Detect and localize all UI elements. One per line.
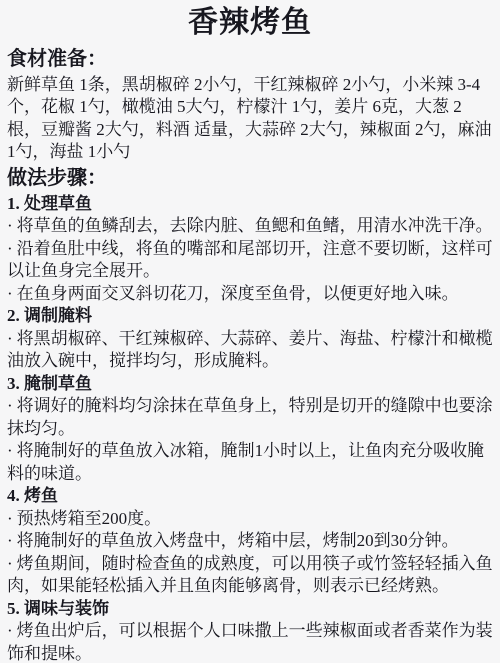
step-3-bullet-1: ·将调好的腌料均匀涂抹在草鱼身上，特别是切开的缝隙中也要涂抹均匀。 <box>7 395 493 440</box>
step-2: 2. 调制腌料 ·将黑胡椒碎、干红辣椒碎、大蒜碎、姜片、海盐、柠檬汁和橄榄油放入… <box>7 305 493 373</box>
bullet-dot-icon: · <box>7 284 17 303</box>
steps-heading: 做法步骤： <box>7 165 493 191</box>
page-title: 香辣烤鱼 <box>7 6 493 41</box>
step-3-bullet-2: ·将腌制好的草鱼放入冰箱，腌制1小时以上，让鱼肉充分吸收腌料的味道。 <box>7 440 493 485</box>
step-5-bullet-1-text: 烤鱼出炉后，可以根据个人口味撒上一些辣椒面或者香菜作为装饰和提味。 <box>7 621 493 663</box>
step-2-bullet-1-text: 将黑胡椒碎、干红辣椒碎、大蒜碎、姜片、海盐、柠檬汁和橄榄油放入碗中，搅拌均匀，形… <box>7 329 493 371</box>
recipe-document: 香辣烤鱼 食材准备： 新鲜草鱼 1条，黑胡椒碎 2小勺，干红辣椒碎 2小勺，小米… <box>0 0 500 663</box>
step-1-bullet-2: ·沿着鱼肚中线，将鱼的嘴部和尾部切开，注意不要切断，这样可以让鱼身完全展开。 <box>7 238 493 283</box>
bullet-dot-icon: · <box>7 216 17 235</box>
bullet-dot-icon: · <box>7 554 17 573</box>
bullet-dot-icon: · <box>7 621 17 640</box>
step-1-bullet-3: ·在鱼身两面交叉斜切花刀，深度至鱼骨，以便更好地入味。 <box>7 283 493 306</box>
step-4: 4. 烤鱼 ·预热烤箱至200度。 ·将腌制好的草鱼放入烤盘中，烤箱中层，烤制2… <box>7 485 493 598</box>
step-4-bullet-1: ·预热烤箱至200度。 <box>7 508 493 531</box>
ingredients-heading: 食材准备： <box>7 46 493 72</box>
step-1: 1. 处理草鱼 ·将草鱼的鱼鳞刮去，去除内脏、鱼鳃和鱼鳍，用清水冲洗干净。 ·沿… <box>7 193 493 306</box>
step-1-bullet-1: ·将草鱼的鱼鳞刮去，去除内脏、鱼鳃和鱼鳍，用清水冲洗干净。 <box>7 215 493 238</box>
step-5-title: 5. 调味与装饰 <box>7 598 493 621</box>
step-2-bullet-1: ·将黑胡椒碎、干红辣椒碎、大蒜碎、姜片、海盐、柠檬汁和橄榄油放入碗中，搅拌均匀，… <box>7 328 493 373</box>
step-1-bullet-1-text: 将草鱼的鱼鳞刮去，去除内脏、鱼鳃和鱼鳍，用清水冲洗干净。 <box>17 216 493 235</box>
bullet-dot-icon: · <box>7 441 17 460</box>
step-4-bullet-3: ·烤鱼期间，随时检查鱼的成熟度，可以用筷子或竹签轻轻插入鱼肉，如果能轻松插入并且… <box>7 553 493 598</box>
bullet-dot-icon: · <box>7 509 17 528</box>
step-4-title: 4. 烤鱼 <box>7 485 493 508</box>
step-1-bullet-2-text: 沿着鱼肚中线，将鱼的嘴部和尾部切开，注意不要切断，这样可以让鱼身完全展开。 <box>7 239 493 281</box>
step-2-title: 2. 调制腌料 <box>7 305 493 328</box>
bullet-dot-icon: · <box>7 239 17 258</box>
ingredients-text: 新鲜草鱼 1条，黑胡椒碎 2小勺，干红辣椒碎 2小勺，小米辣 3-4个，花椒 1… <box>7 74 493 164</box>
step-3-title: 3. 腌制草鱼 <box>7 373 493 396</box>
step-3-bullet-2-text: 将腌制好的草鱼放入冰箱，腌制1小时以上，让鱼肉充分吸收腌料的味道。 <box>7 441 484 483</box>
step-4-bullet-2-text: 将腌制好的草鱼放入烤盘中，烤箱中层，烤制20到30分钟。 <box>17 531 459 550</box>
step-4-bullet-1-text: 预热烤箱至200度。 <box>17 509 162 528</box>
bullet-dot-icon: · <box>7 396 17 415</box>
step-1-bullet-3-text: 在鱼身两面交叉斜切花刀，深度至鱼骨，以便更好地入味。 <box>17 284 459 303</box>
step-3-bullet-1-text: 将调好的腌料均匀涂抹在草鱼身上，特别是切开的缝隙中也要涂抹均匀。 <box>7 396 493 438</box>
bullet-dot-icon: · <box>7 531 17 550</box>
bullet-dot-icon: · <box>7 329 17 348</box>
step-3: 3. 腌制草鱼 ·将调好的腌料均匀涂抹在草鱼身上，特别是切开的缝隙中也要涂抹均匀… <box>7 373 493 486</box>
step-1-title: 1. 处理草鱼 <box>7 193 493 216</box>
step-4-bullet-2: ·将腌制好的草鱼放入烤盘中，烤箱中层，烤制20到30分钟。 <box>7 530 493 553</box>
step-5-bullet-1: ·烤鱼出炉后，可以根据个人口味撒上一些辣椒面或者香菜作为装饰和提味。 <box>7 620 493 663</box>
step-5: 5. 调味与装饰 ·烤鱼出炉后，可以根据个人口味撒上一些辣椒面或者香菜作为装饰和… <box>7 598 493 663</box>
step-4-bullet-3-text: 烤鱼期间，随时检查鱼的成熟度，可以用筷子或竹签轻轻插入鱼肉，如果能轻松插入并且鱼… <box>7 554 493 596</box>
